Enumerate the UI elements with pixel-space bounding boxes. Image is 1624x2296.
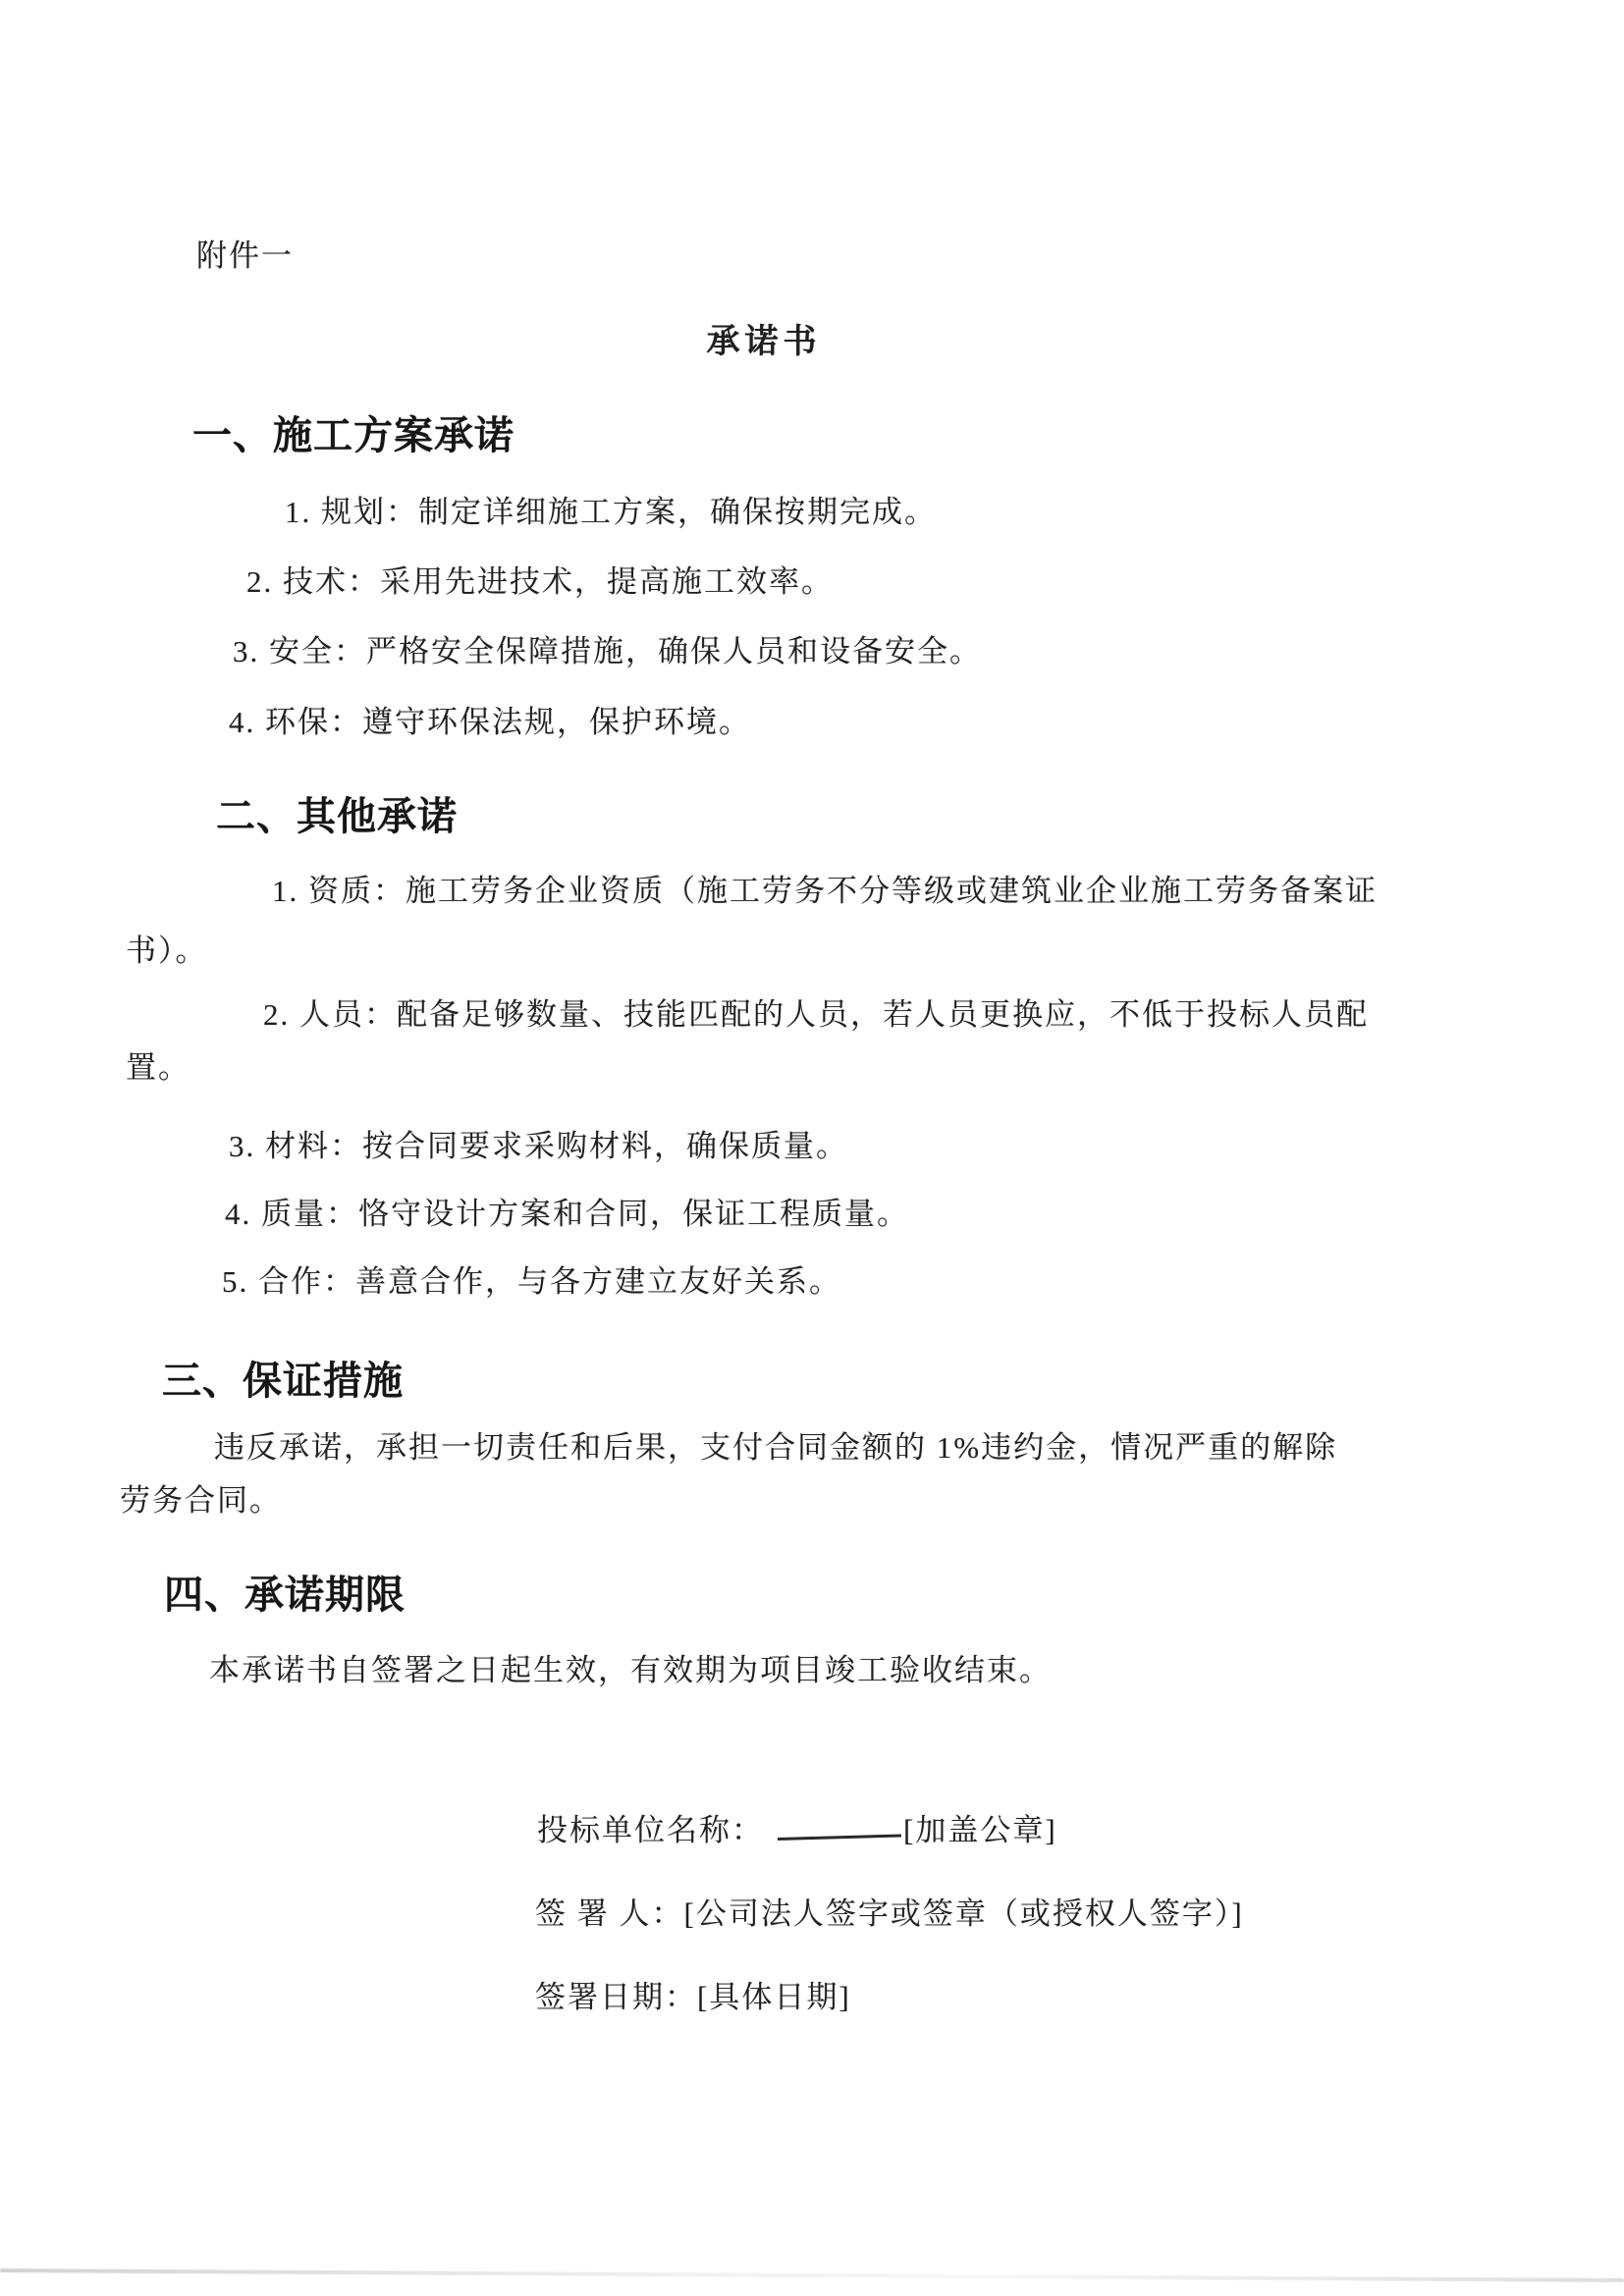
signature-unit-row: 投标单位名称：[加盖公章]	[537, 1805, 1057, 1849]
section2-item-material: 3. 材料：按合同要求采购材料，确保质量。	[229, 1121, 848, 1165]
section2-item-personnel-line1: 2. 人员：配备足够数量、技能匹配的人员，若人员更换应，不低于投标人员配	[263, 989, 1369, 1034]
page-title: 承诺书	[707, 314, 822, 362]
attachment-label: 附件一	[196, 231, 294, 275]
section1-item-environment: 4. 环保：遵守环保法规，保护环境。	[229, 697, 751, 741]
signature-date-row: 签署日期：[具体日期]	[535, 1972, 851, 2016]
scan-edge-shadow	[0, 2269, 1624, 2282]
signature-blank-line	[777, 1803, 901, 1841]
signature-unit-label: 投标单位名称：	[537, 1813, 764, 1847]
section1-heading: 一、施工方案承诺	[192, 404, 514, 460]
section3-para-line1: 违反承诺，承担一切责任和后果，支付合同金额的 1%违约金，情况严重的解除	[214, 1422, 1337, 1467]
section4-heading: 四、承诺期限	[164, 1564, 406, 1620]
section1-item-technology: 2. 技术：采用先进技术，提高施工效率。	[246, 557, 834, 601]
document-page: 附件一 承诺书 一、施工方案承诺 1. 规划：制定详细施工方案，确保按期完成。 …	[0, 0, 1624, 2296]
section1-item-safety: 3. 安全：严格安全保障措施，确保人员和设备安全。	[233, 626, 982, 670]
signature-unit-suffix: [加盖公章]	[903, 1813, 1057, 1847]
section1-item-planning: 1. 规划：制定详细施工方案，确保按期完成。	[285, 487, 937, 531]
section4-para: 本承诺书自签署之日起生效，有效期为项目竣工验收结束。	[209, 1645, 1052, 1689]
section3-heading: 三、保证措施	[162, 1350, 404, 1406]
section2-item-cooperation: 5. 合作：善意合作，与各方建立友好关系。	[222, 1256, 841, 1301]
signature-signer-row: 签 署 人：[公司法人签字或签章（或授权人签字）]	[535, 1889, 1244, 1933]
section2-item-personnel-line2: 置。	[126, 1042, 190, 1087]
section2-item-quality: 4. 质量：恪守设计方案和合同，保证工程质量。	[225, 1189, 909, 1233]
section3-para-line2: 劳务合同。	[120, 1475, 282, 1520]
section2-item-qualification-line2: 书）。	[126, 926, 208, 970]
section2-heading: 二、其他承诺	[216, 785, 458, 841]
section2-item-qualification-line1: 1. 资质：施工劳务企业资质（施工劳务不分等级或建筑业企业施工劳务备案证	[272, 866, 1378, 910]
